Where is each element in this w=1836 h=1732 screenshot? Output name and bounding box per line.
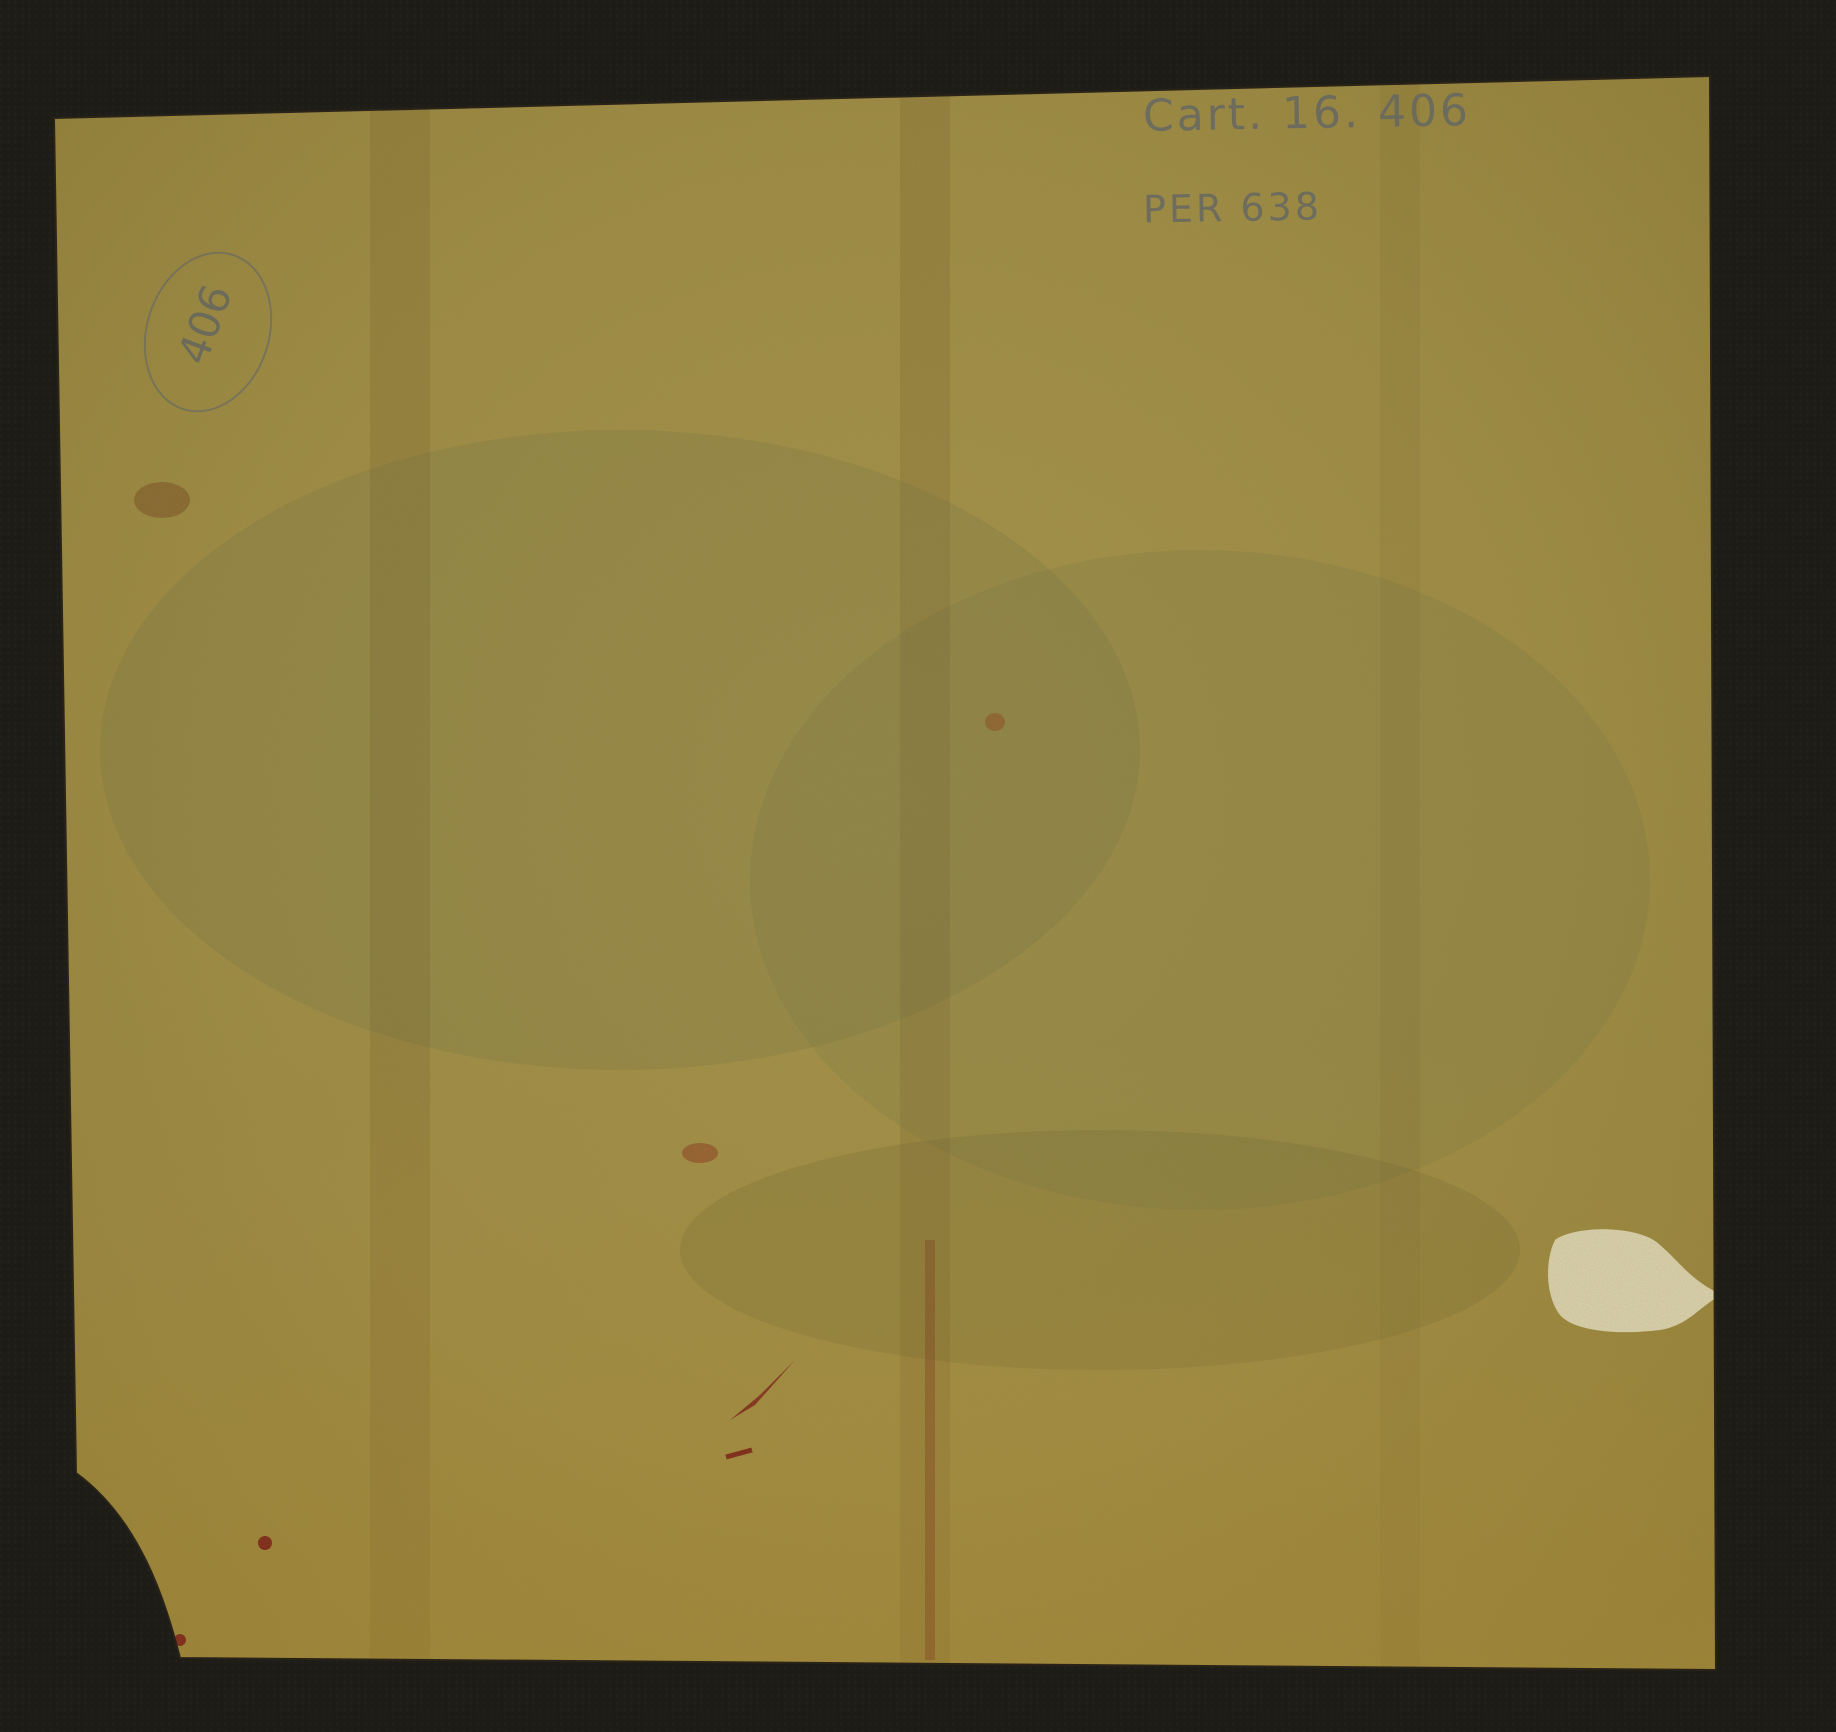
archive-reference-note: Cart. 16. 406 <box>1143 85 1472 142</box>
secondary-reference-note: PER 638 <box>1143 184 1323 231</box>
parchment-sheet <box>0 0 1836 1732</box>
